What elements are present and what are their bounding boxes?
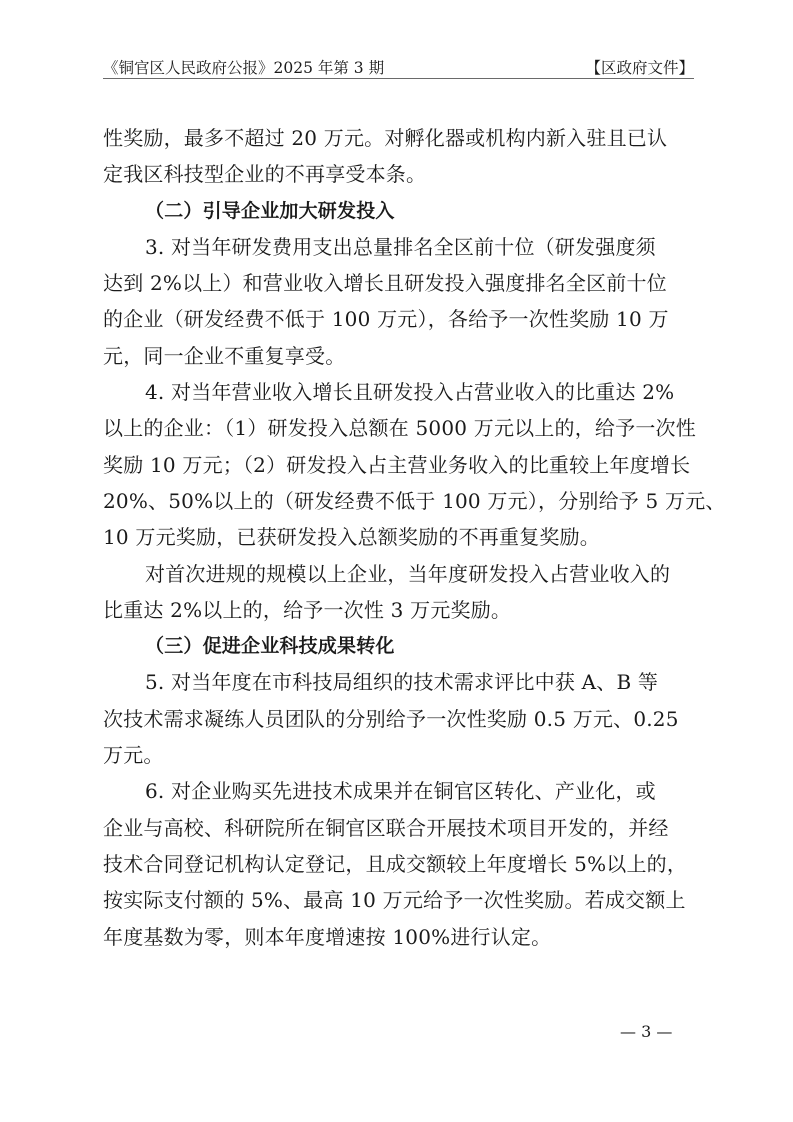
text-line: 按实际支付额的 5%、最高 10 万元给予一次性奖励。若成交额上 [103, 882, 694, 918]
document-body: 性奖励，最多不超过 20 万元。对孵化器或机构内新入驻且已认 定我区科技型企业的… [103, 120, 694, 955]
text-line: 达到 2%以上）和营业收入增长且研发投入强度排名全区前十位 [103, 265, 694, 301]
text-line: 以上的企业：（1）研发投入总额在 5000 万元以上的，给予一次性 [103, 410, 694, 446]
text-line: 技术合同登记机构认定登记，且成交额较上年度增长 5%以上的， [103, 846, 694, 882]
text-line: 20%、50%以上的（研发经费不低于 100 万元），分别给予 5 万元、 [103, 483, 694, 519]
text-line: 万元。 [103, 737, 694, 773]
text-line: 年度基数为零，则本年度增速按 100%进行认定。 [103, 919, 694, 955]
text-line: 定我区科技型企业的不再享受本条。 [103, 156, 694, 192]
text-line: 比重达 2%以上的，给予一次性 3 万元奖励。 [103, 592, 694, 628]
text-line: 5. 对当年度在市科技局组织的技术需求评比中获 A、B 等 [103, 664, 694, 700]
text-line: 企业与高校、科研院所在铜官区联合开展技术项目开发的，并经 [103, 810, 694, 846]
text-line: 的企业（研发经费不低于 100 万元），各给予一次性奖励 10 万 [103, 301, 694, 337]
text-line: 性奖励，最多不超过 20 万元。对孵化器或机构内新入驻且已认 [103, 120, 694, 156]
text-line: 4. 对当年营业收入增长且研发投入占营业收入的比重达 2% [103, 374, 694, 410]
page-number: — 3 — [620, 1022, 672, 1041]
text-line: 3. 对当年研发费用支出总量排名全区前十位（研发强度须 [103, 229, 694, 265]
text-line: 次技术需求凝练人员团队的分别给予一次性奖励 0.5 万元、0.25 [103, 701, 694, 737]
text-line: 10 万元奖励，已获研发投入总额奖励的不再重复奖励。 [103, 519, 694, 555]
running-header: 《铜官区人民政府公报》2025 年第 3 期 【区政府文件】 [103, 52, 694, 79]
section-heading: （三）促进企业科技成果转化 [103, 628, 694, 664]
bulletin-title: 《铜官区人民政府公报》2025 年第 3 期 [103, 56, 384, 78]
section-label: 【区政府文件】 [585, 56, 694, 78]
text-line: 奖励 10 万元；（2）研发投入占主营业务收入的比重较上年度增长 [103, 447, 694, 483]
text-line: 对首次进规的规模以上企业，当年度研发投入占营业收入的 [103, 556, 694, 592]
section-heading: （二）引导企业加大研发投入 [103, 193, 694, 229]
text-line: 元，同一企业不重复享受。 [103, 338, 694, 374]
text-line: 6. 对企业购买先进技术成果并在铜官区转化、产业化，或 [103, 773, 694, 809]
